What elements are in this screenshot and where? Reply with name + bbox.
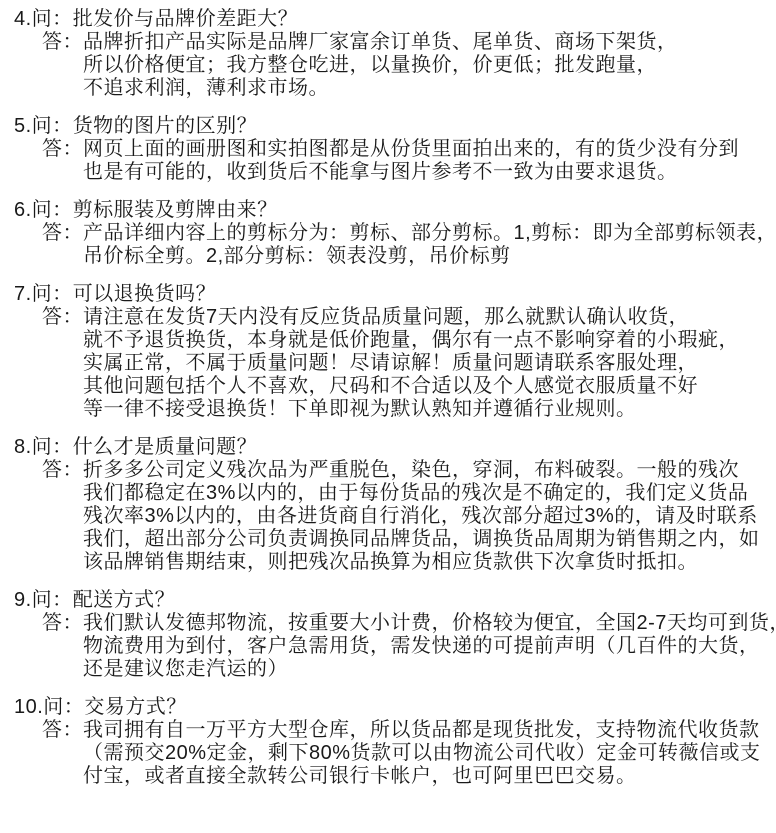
- answer-lines: 折多多公司定义残次品为严重脱色，染色，穿洞，布料破裂。一般的残次我们都稳定在3%…: [83, 459, 770, 574]
- question-line: 4.问：批发价与品牌价差距大？: [0, 8, 770, 31]
- answer-line: 我司拥有自一万平方大型仓库，所以货品都是现货批发，支持物流代收货款: [83, 719, 770, 742]
- faq-item: 9.问：配送方式？答：我们默认发德邦物流，按重要大小计费，价格较为便宜，全国2-…: [0, 589, 770, 681]
- answer-line: 残次率3%以内的，由各进货商自行消化，残次部分超过3%的，请及时联系: [83, 505, 770, 528]
- answer-label: 答：: [42, 138, 83, 184]
- answer-block: 答：我司拥有自一万平方大型仓库，所以货品都是现货批发，支持物流代收货款（需预交2…: [42, 719, 770, 788]
- answer-line: 我们，超出部分公司负责调换同品牌货品，调换货品周期为销售期之内，如: [83, 528, 770, 551]
- answer-line: （需预交20%定金，剩下80%货款可以由物流公司代收）定金可转薇信或支: [83, 742, 770, 765]
- faq-item: 4.问：批发价与品牌价差距大？答：品牌折扣产品实际是品牌厂家富余订单货、尾单货、…: [0, 8, 770, 100]
- question-line: 8.问：什么才是质量问题？: [0, 436, 770, 459]
- answer-line: 我们都稳定在3%以内的，由于每份货品的残次是不确定的，我们定义货品: [83, 482, 770, 505]
- answer-line: 请注意在发货7天内没有反应货品质量问题，那么就默认确认收货，: [83, 306, 770, 329]
- answer-line: 所以价格便宜；我方整仓吃进，以量换价，价更低；批发跑量，: [83, 54, 770, 77]
- question-line: 9.问：配送方式？: [0, 589, 770, 612]
- answer-label: 答：: [42, 612, 83, 681]
- faq-page: 4.问：批发价与品牌价差距大？答：品牌折扣产品实际是品牌厂家富余订单货、尾单货、…: [0, 0, 776, 833]
- answer-label: 答：: [42, 222, 83, 268]
- answer-block: 答：我们默认发德邦物流，按重要大小计费，价格较为便宜，全国2-7天均可到货，物流…: [42, 612, 770, 681]
- question-text: 货物的图片的区别？: [73, 115, 258, 138]
- answer-line: 物流费用为到付，客户急需用货，需发快递的可提前声明（几百件的大货，: [83, 635, 770, 658]
- answer-line: 实属正常，不属于质量问题！尽请谅解！质量问题请联系客服处理，: [83, 352, 770, 375]
- question-number-label: 7.问：: [14, 283, 73, 306]
- answer-line: 就不予退货换货，本身就是低价跑量，偶尔有一点不影响穿着的小瑕疵，: [83, 329, 770, 352]
- answer-block: 答：品牌折扣产品实际是品牌厂家富余订单货、尾单货、商场下架货，所以价格便宜；我方…: [42, 31, 770, 100]
- answer-line: 其他问题包括个人不喜欢，尺码和不合适以及个人感觉衣服质量不好: [83, 375, 770, 398]
- answer-block: 答：折多多公司定义残次品为严重脱色，染色，穿洞，布料破裂。一般的残次我们都稳定在…: [42, 459, 770, 574]
- answer-lines: 我司拥有自一万平方大型仓库，所以货品都是现货批发，支持物流代收货款（需预交20%…: [83, 719, 770, 788]
- question-number-label: 9.问：: [14, 589, 73, 612]
- question-number-label: 8.问：: [14, 436, 73, 459]
- answer-label: 答：: [42, 306, 83, 421]
- question-line: 7.问：可以退换货吗？: [0, 283, 770, 306]
- answer-line: 该品牌销售期结束，则把残次品换算为相应货款供下次拿货时抵扣。: [83, 551, 770, 574]
- question-number-label: 6.问：: [14, 199, 73, 222]
- answer-line: 吊价标全剪。2,部分剪标：领表没剪，吊价标剪: [83, 245, 770, 268]
- faq-item: 7.问：可以退换货吗？答：请注意在发货7天内没有反应货品质量问题，那么就默认确认…: [0, 283, 770, 421]
- answer-line: 付宝，或者直接全款转公司银行卡帐户，也可阿里巴巴交易。: [83, 765, 770, 788]
- answer-label: 答：: [42, 31, 83, 100]
- question-text: 交易方式？: [84, 696, 187, 719]
- question-number-label: 5.问：: [14, 115, 73, 138]
- answer-line: 折多多公司定义残次品为严重脱色，染色，穿洞，布料破裂。一般的残次: [83, 459, 770, 482]
- answer-block: 答：请注意在发货7天内没有反应货品质量问题，那么就默认确认收货，就不予退货换货，…: [42, 306, 770, 421]
- answer-label: 答：: [42, 459, 83, 574]
- answer-line: 等一律不接受退换货！下单即视为默认熟知并遵循行业规则。: [83, 398, 770, 421]
- answer-lines: 品牌折扣产品实际是品牌厂家富余订单货、尾单货、商场下架货，所以价格便宜；我方整仓…: [83, 31, 770, 100]
- faq-list: 4.问：批发价与品牌价差距大？答：品牌折扣产品实际是品牌厂家富余订单货、尾单货、…: [0, 8, 770, 788]
- answer-lines: 请注意在发货7天内没有反应货品质量问题，那么就默认确认收货，就不予退货换货，本身…: [83, 306, 770, 421]
- answer-block: 答：产品详细内容上的剪标分为：剪标、部分剪标。1,剪标：即为全部剪标领表，吊价标…: [42, 222, 770, 268]
- answer-label: 答：: [42, 719, 83, 788]
- question-number-label: 4.问：: [14, 8, 73, 31]
- question-number-label: 10.问：: [14, 696, 84, 719]
- faq-item: 8.问：什么才是质量问题？答：折多多公司定义残次品为严重脱色，染色，穿洞，布料破…: [0, 436, 770, 574]
- answer-line: 也是有可能的，收到货后不能拿与图片参考不一致为由要求退货。: [83, 161, 770, 184]
- answer-line: 我们默认发德邦物流，按重要大小计费，价格较为便宜，全国2-7天均可到货，: [83, 612, 770, 635]
- question-line: 10.问：交易方式？: [0, 696, 770, 719]
- question-text: 可以退换货吗？: [73, 283, 217, 306]
- answer-lines: 网页上面的画册图和实拍图都是从份货里面拍出来的，有的货少没有分到也是有可能的，收…: [83, 138, 770, 184]
- answer-line: 不追求利润，薄利求市场。: [83, 77, 770, 100]
- question-line: 6.问：剪标服装及剪牌由来？: [0, 199, 770, 222]
- answer-line: 还是建议您走汽运的）: [83, 658, 770, 681]
- question-text: 配送方式？: [73, 589, 176, 612]
- question-text: 什么才是质量问题？: [73, 436, 258, 459]
- question-line: 5.问：货物的图片的区别？: [0, 115, 770, 138]
- answer-lines: 产品详细内容上的剪标分为：剪标、部分剪标。1,剪标：即为全部剪标领表，吊价标全剪…: [83, 222, 770, 268]
- question-text: 批发价与品牌价差距大？: [73, 8, 299, 31]
- answer-lines: 我们默认发德邦物流，按重要大小计费，价格较为便宜，全国2-7天均可到货，物流费用…: [83, 612, 770, 681]
- answer-line: 网页上面的画册图和实拍图都是从份货里面拍出来的，有的货少没有分到: [83, 138, 770, 161]
- faq-item: 10.问：交易方式？答：我司拥有自一万平方大型仓库，所以货品都是现货批发，支持物…: [0, 696, 770, 788]
- question-text: 剪标服装及剪牌由来？: [73, 199, 278, 222]
- answer-line: 品牌折扣产品实际是品牌厂家富余订单货、尾单货、商场下架货，: [83, 31, 770, 54]
- answer-line: 产品详细内容上的剪标分为：剪标、部分剪标。1,剪标：即为全部剪标领表，: [83, 222, 770, 245]
- answer-block: 答：网页上面的画册图和实拍图都是从份货里面拍出来的，有的货少没有分到也是有可能的…: [42, 138, 770, 184]
- faq-item: 5.问：货物的图片的区别？答：网页上面的画册图和实拍图都是从份货里面拍出来的，有…: [0, 115, 770, 184]
- faq-item: 6.问：剪标服装及剪牌由来？答：产品详细内容上的剪标分为：剪标、部分剪标。1,剪…: [0, 199, 770, 268]
